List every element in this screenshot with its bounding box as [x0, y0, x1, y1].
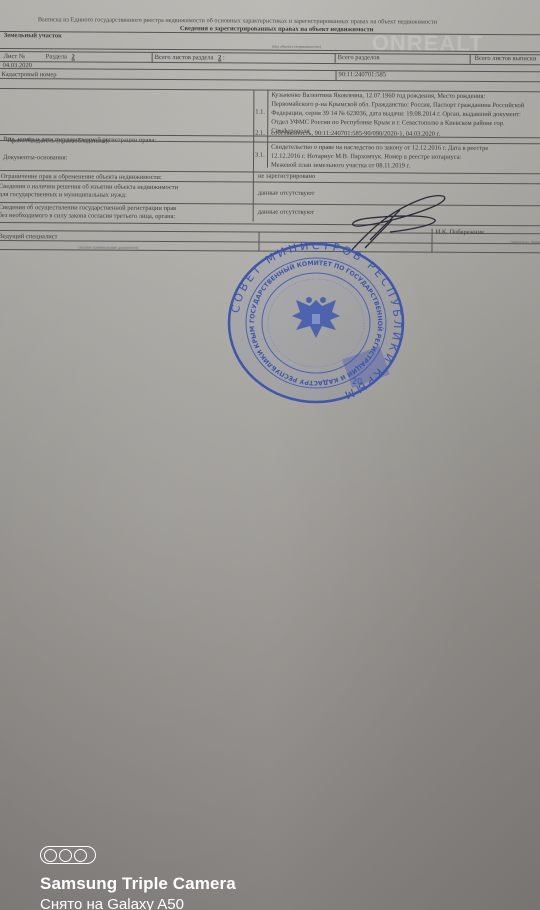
documents-basis-label: Документы-основания:	[3, 154, 67, 161]
camera-title: Samsung Triple Camera	[40, 874, 236, 894]
section-label: Раздела 2	[46, 53, 75, 60]
triple-camera-icon	[40, 846, 96, 864]
registry-extract-document: Выписка из Единого государственного реес…	[0, 0, 540, 3]
object-type-caption: (вид объекта недвижимости)	[272, 44, 321, 49]
sheet-label: Лист №	[4, 53, 25, 60]
registration-value: собственность, 90:11:240701:585-90/090/2…	[271, 130, 440, 138]
documents-basis-value: Свидетельство о праве на наследство по з…	[271, 143, 488, 171]
object-type: Земельный участок	[4, 32, 62, 39]
consent-registration-label: Сведения об осуществлении государственно…	[0, 204, 176, 221]
consent-registration-value: данные отсутствуют	[258, 209, 315, 216]
name-caption: (инициалы, фамилия)	[511, 239, 540, 244]
official-seal: СОВЕТ МИНИСТРОВ РЕСПУБЛИКИ КРЫМ ГОСУДАРС…	[226, 242, 406, 404]
row-number: 2.1.	[255, 130, 265, 137]
section-value: 2	[72, 53, 75, 60]
seizure-decision-value: данные отсутствуют	[258, 190, 315, 197]
cadastral-number: 90:11:240701:585	[339, 71, 386, 78]
camera-watermark: Samsung Triple Camera Снято на Galaxy A5…	[40, 846, 236, 910]
seizure-decision-label: Сведения о наличии решения об изъятии об…	[0, 183, 178, 200]
row-number: 1.1.	[255, 109, 265, 116]
row-number: 3.1.	[255, 152, 265, 159]
encumbrance-value: не зарегистрировано	[258, 173, 315, 180]
total-sheets-extract-label: Всего листов выписки	[475, 55, 537, 62]
total-sections-label: Всего разделов	[338, 54, 380, 61]
total-sheets-section: Всего листов раздела 2 :	[155, 54, 225, 61]
camera-subtitle: Снято на Galaxy A50	[40, 896, 236, 910]
